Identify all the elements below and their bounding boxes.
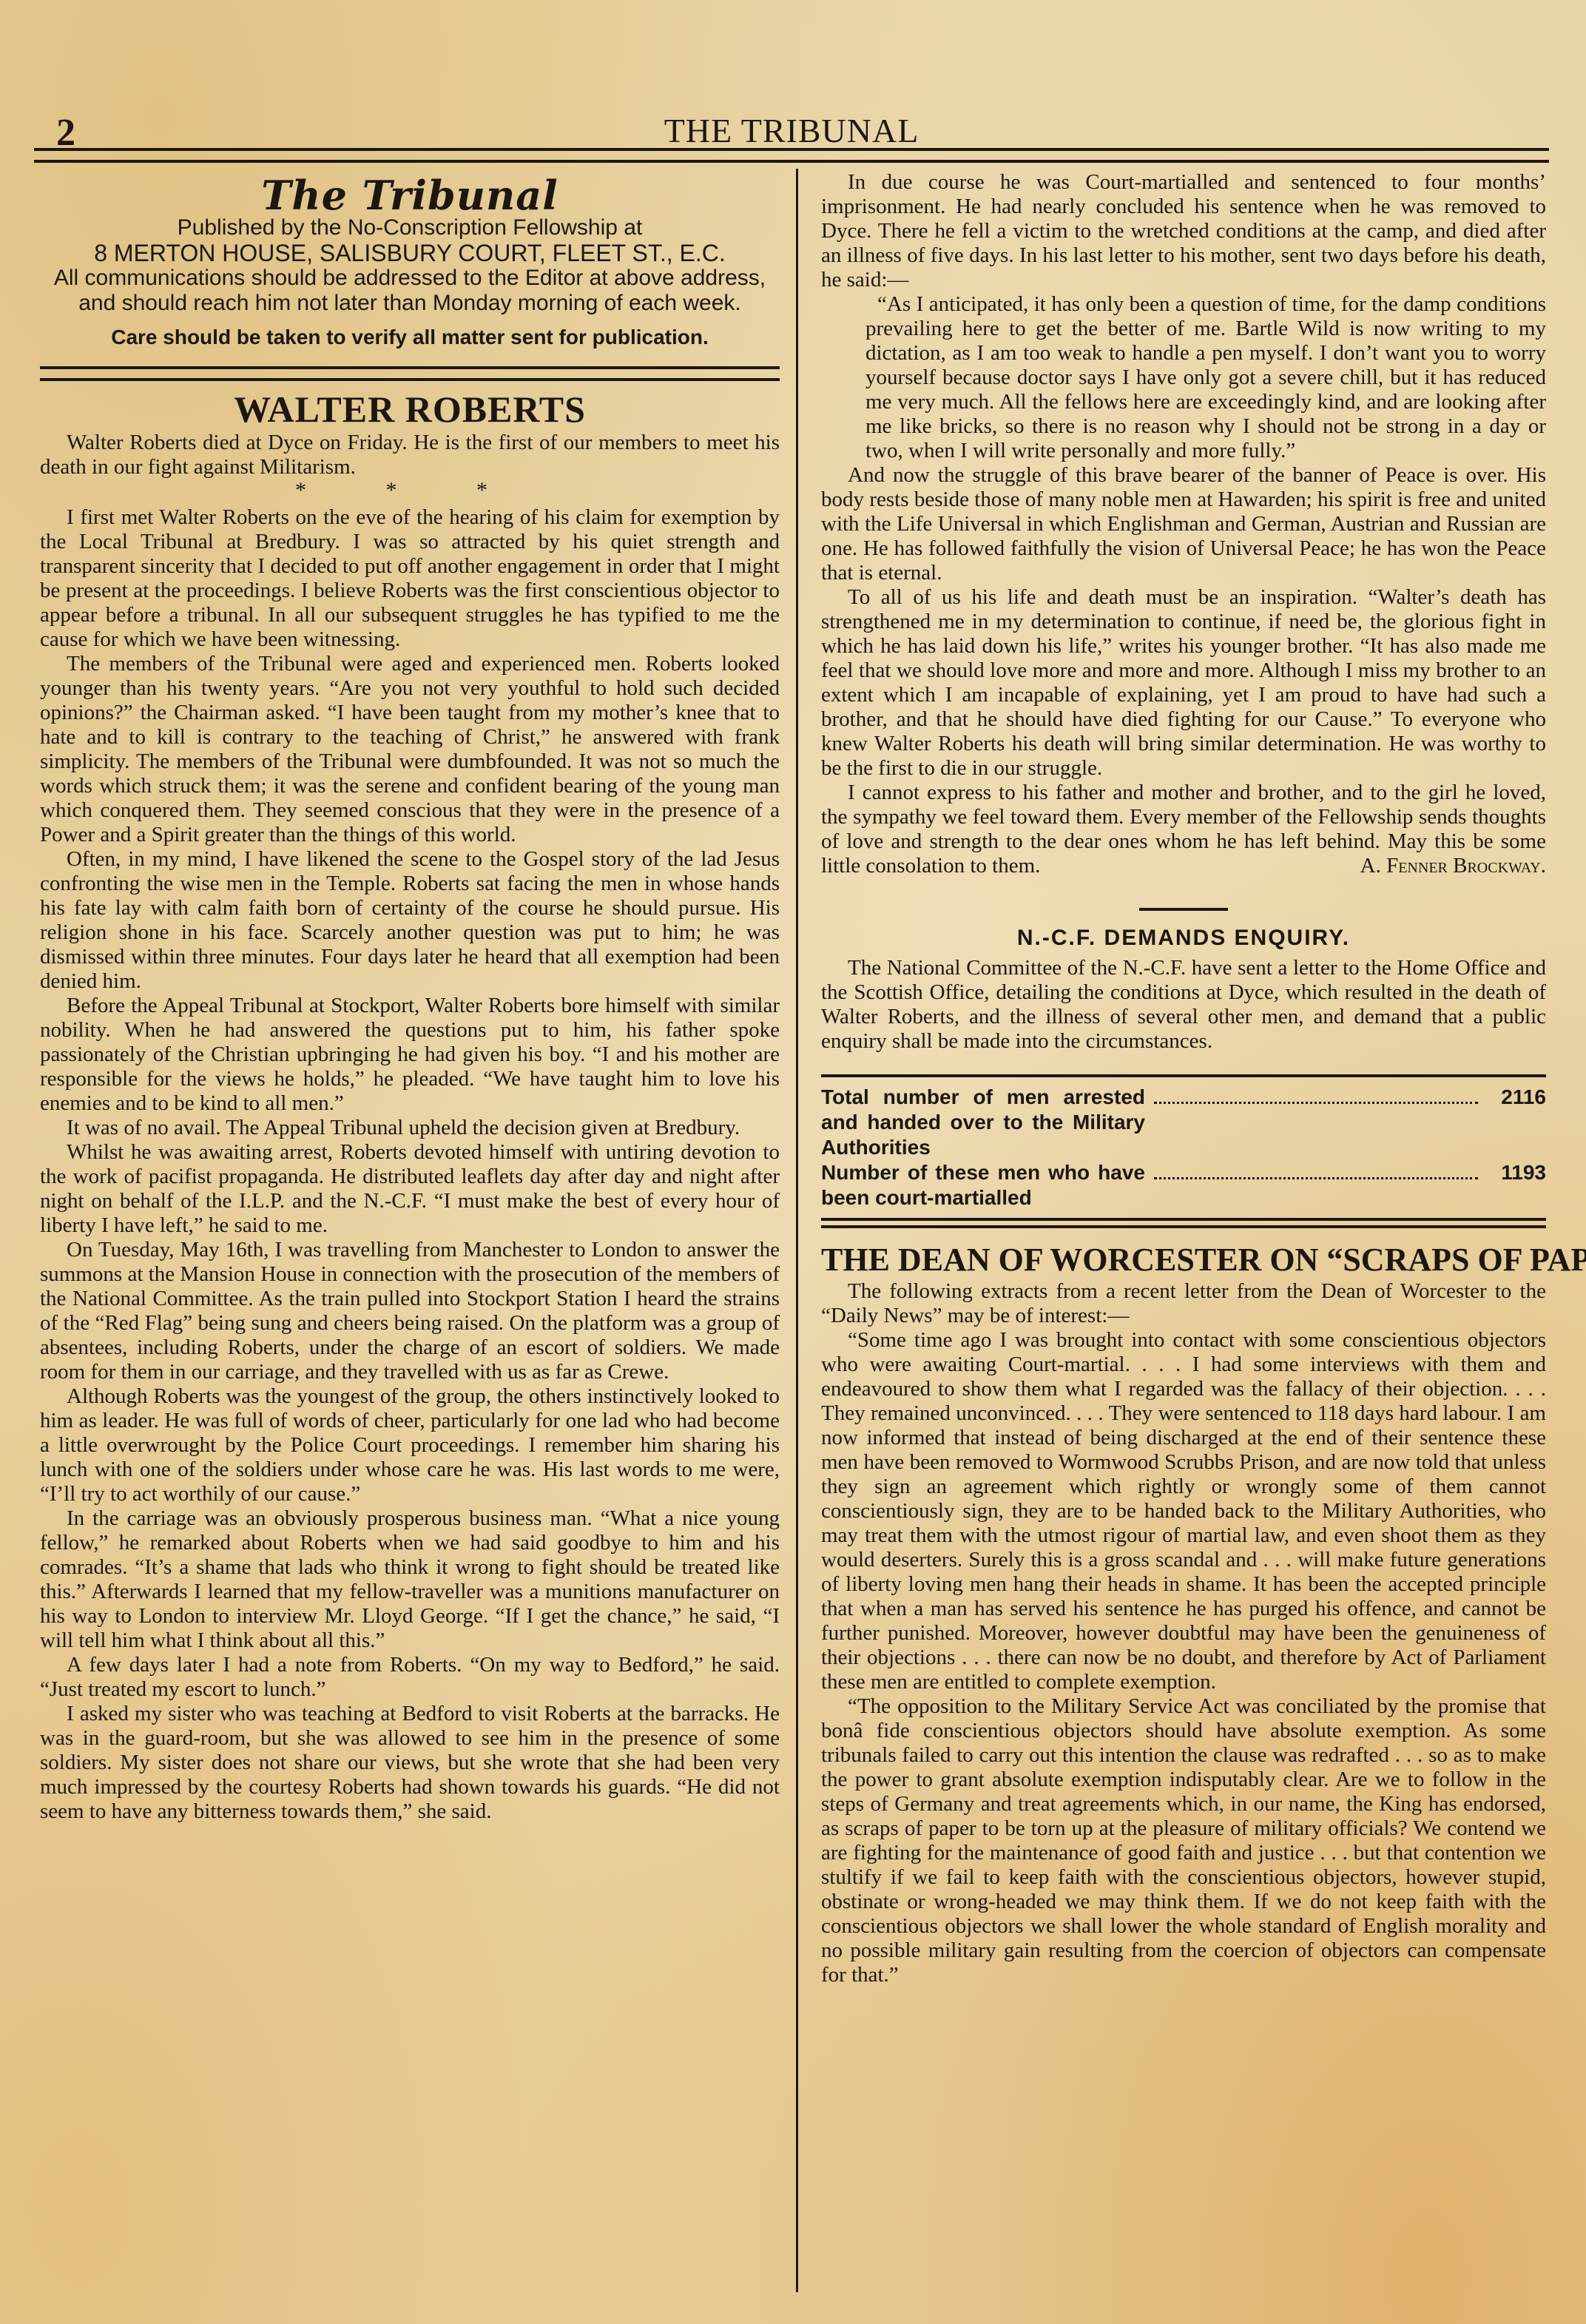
article-paragraph: And now the struggle of this brave beare… [821, 463, 1546, 585]
article-paragraph: Before the Appeal Tribunal at Stockport,… [40, 994, 780, 1116]
right-column: In due course he was Court-martialled an… [821, 170, 1546, 1987]
article-paragraph: It was of no avail. The Appeal Tribunal … [40, 1116, 780, 1140]
article-paragraph: Although Roberts was the youngest of the… [40, 1384, 780, 1506]
article-lead: Walter Roberts died at Dyce on Friday. H… [40, 431, 780, 479]
article-paragraph: Whilst he was awaiting arrest, Roberts d… [40, 1140, 780, 1238]
article-body-left: I first met Walter Roberts on the eve of… [40, 505, 780, 1824]
running-title: THE TRIBUNAL [34, 111, 1549, 150]
article-walter-roberts-continued: In due course he was Court-martialled an… [821, 170, 1546, 878]
communications-note: All communications should be addressed t… [40, 266, 780, 316]
dean-intro: The following extracts from a recent let… [821, 1279, 1546, 1328]
ncf-headline: N.-C.F. DEMANDS ENQUIRY. [821, 926, 1546, 950]
article-paragraph: “The opposition to the Military Service … [821, 1694, 1546, 1987]
publisher-info-box: The Tribunal Published by the No-Conscri… [40, 183, 780, 350]
article-dean-of-worcester: THE DEAN OF WORCESTER ON “SCRAPS OF PAPE… [821, 1247, 1546, 1987]
article-paragraph: I first met Walter Roberts on the eve of… [40, 505, 780, 652]
masthead-rule [34, 148, 1549, 163]
leader-dots [1154, 1177, 1478, 1179]
statistic-label: Total number of men arrested and handed … [821, 1085, 1145, 1160]
verification-notice: Care should be taken to verify all matte… [40, 325, 780, 350]
column-divider [796, 169, 798, 2292]
article-paragraph: “Some time ago I was brought into contac… [821, 1328, 1546, 1694]
article-paragraph: In the carriage was an obviously prosper… [40, 1506, 780, 1653]
article-paragraph: In due course he was Court-martialled an… [821, 170, 1546, 292]
asterism-separator: * * * [40, 478, 780, 502]
article-ncf-enquiry: N.-C.F. DEMANDS ENQUIRY. The National Co… [821, 926, 1546, 1054]
left-column: The Tribunal Published by the No-Conscri… [40, 170, 780, 1824]
statistics-row: Number of these men who have been court-… [821, 1160, 1546, 1210]
statistics-box: Total number of men arrested and handed … [821, 1074, 1546, 1228]
article-headline: WALTER ROBERTS [40, 397, 780, 422]
letter-quote-text: “As I anticipated, it has only been a qu… [865, 292, 1546, 463]
article-paragraph: A few days later I had a note from Rober… [40, 1653, 780, 1702]
article-paragraph: The members of the Tribunal were aged an… [40, 652, 780, 847]
published-by: Published by the No-Conscription Fellows… [40, 215, 780, 240]
article-paragraph: To all of us his life and death must be … [821, 585, 1546, 781]
article-paragraph: Often, in my mind, I have likened the sc… [40, 847, 780, 994]
dean-body: “Some time ago I was brought into contac… [821, 1328, 1546, 1987]
leader-dots [1154, 1102, 1478, 1104]
section-rule [40, 366, 780, 381]
short-rule [1139, 908, 1228, 911]
info-box-title: The Tribunal [40, 183, 780, 208]
statistic-value: 2116 [1487, 1085, 1546, 1110]
publisher-address: 8 MERTON HOUSE, SALISBURY COURT, FLEET S… [40, 240, 780, 266]
statistic-value: 1193 [1487, 1160, 1546, 1185]
letter-quote: “As I anticipated, it has only been a qu… [821, 292, 1546, 463]
article-paragraph: I asked my sister who was teaching at Be… [40, 1702, 780, 1824]
statistics-table: Total number of men arrested and handed … [821, 1074, 1546, 1221]
dean-headline: THE DEAN OF WORCESTER ON “SCRAPS OF PAPE… [821, 1247, 1546, 1272]
statistics-row: Total number of men arrested and handed … [821, 1085, 1546, 1160]
article-walter-roberts: WALTER ROBERTS Walter Roberts died at Dy… [40, 397, 780, 1824]
statistic-label: Number of these men who have been court-… [821, 1160, 1145, 1210]
article-body-right: And now the struggle of this brave beare… [821, 463, 1546, 878]
ncf-body: The National Committee of the N.-C.F. ha… [821, 956, 1546, 1054]
article-paragraph: On Tuesday, May 16th, I was travelling f… [40, 1238, 780, 1384]
newspaper-page: 2 THE TRIBUNAL The Tribunal Published by… [0, 0, 1586, 2324]
